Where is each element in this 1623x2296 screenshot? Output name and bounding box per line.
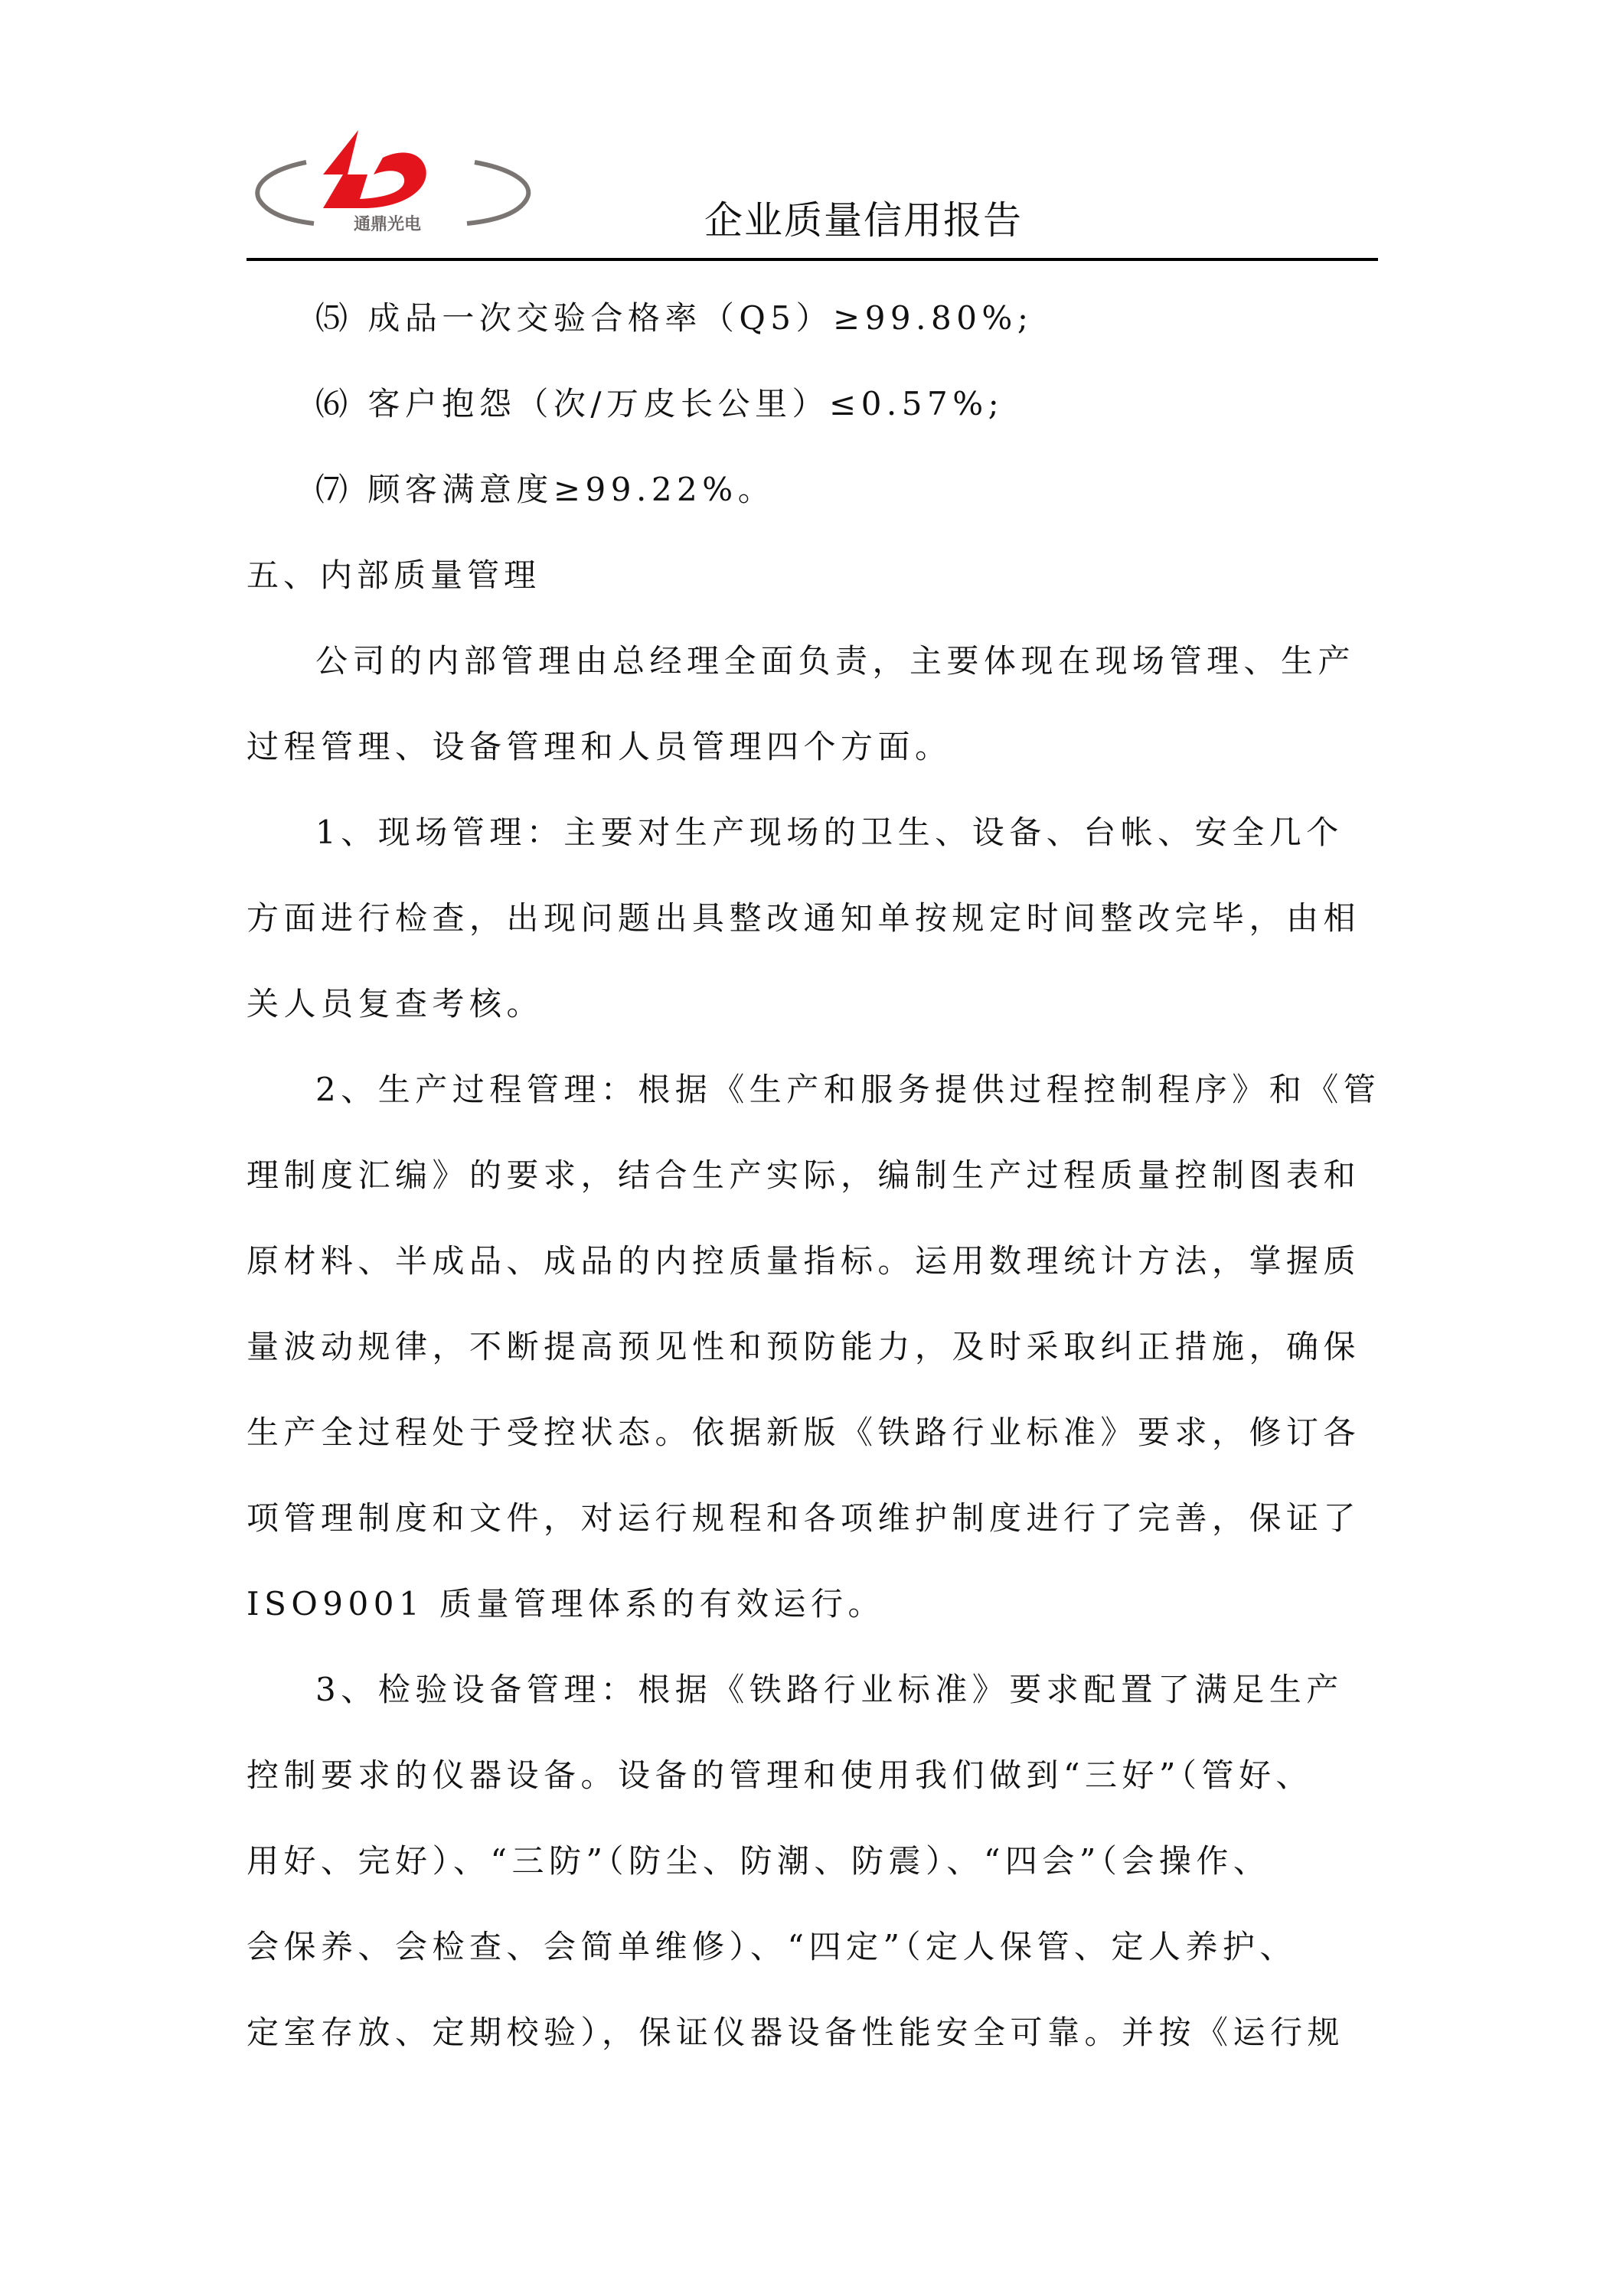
text-line: 原材料、半成品、成品的内控质量指标。运用数理统计方法，掌握质 [247, 1218, 1378, 1304]
paragraph-intro: 公司的内部管理由总经理全面负责，主要体现在现场管理、生产 过程管理、设备管理和人… [247, 618, 1378, 790]
text-line: 2、生产过程管理：根据《生产和服务提供过程控制程序》和《管 [247, 1047, 1378, 1133]
metric-item: ⑸ 成品一次交验合格率（Q5）≥99.80%; [247, 276, 1378, 361]
text-line: 量波动规律，不断提高预见性和预防能力，及时采取纠正措施，确保 [247, 1304, 1378, 1390]
company-logo: 通鼎光电 [253, 115, 536, 237]
logo-icon: 通鼎光电 [253, 115, 536, 237]
text-line: 项管理制度和文件，对运行规程和各项维护制度进行了完善，保证了 [247, 1476, 1378, 1561]
document-body: ⑸ 成品一次交验合格率（Q5）≥99.80%; ⑹ 客户抱怨（次/万皮长公里）≤… [247, 276, 1378, 2076]
text-line: 会保养、会检查、会简单维修）、“四定”（定人保管、定人养护、 [247, 1904, 1378, 1990]
paragraph-inspection-equipment: 3、检验设备管理：根据《铁路行业标准》要求配置了满足生产 控制要求的仪器设备。设… [247, 1647, 1378, 2076]
text-line: 关人员复查考核。 [247, 961, 1378, 1047]
text-line: 公司的内部管理由总经理全面负责，主要体现在现场管理、生产 [247, 618, 1378, 704]
text-line: 定室存放、定期校验），保证仪器设备性能安全可靠。并按《运行规 [247, 1990, 1378, 2076]
text-line: 过程管理、设备管理和人员管理四个方面。 [247, 704, 1378, 790]
metric-item: ⑺ 顾客满意度≥99.22%。 [247, 447, 1378, 533]
text-line: 用好、完好）、“三防”（防尘、防潮、防震）、“四会”（会操作、 [247, 1818, 1378, 1904]
header-divider [247, 258, 1378, 261]
text-line: 理制度汇编》的要求，结合生产实际，编制生产过程质量控制图表和 [247, 1133, 1378, 1218]
paragraph-production-process: 2、生产过程管理：根据《生产和服务提供过程控制程序》和《管 理制度汇编》的要求，… [247, 1047, 1378, 1647]
text-line: 1、现场管理：主要对生产现场的卫生、设备、台帐、安全几个 [247, 790, 1378, 876]
svg-text:通鼎光电: 通鼎光电 [354, 214, 421, 234]
section-heading: 五、内部质量管理 [247, 533, 1378, 618]
text-line: ISO9001 质量管理体系的有效运行。 [247, 1561, 1378, 1647]
metric-item: ⑹ 客户抱怨（次/万皮长公里）≤0.57%; [247, 361, 1378, 447]
paragraph-site-management: 1、现场管理：主要对生产现场的卫生、设备、台帐、安全几个 方面进行检查，出现问题… [247, 790, 1378, 1047]
text-line: 控制要求的仪器设备。设备的管理和使用我们做到“三好”（管好、 [247, 1733, 1378, 1818]
page-header: 通鼎光电 企业质量信用报告 [0, 0, 1623, 264]
report-title: 企业质量信用报告 [704, 197, 1023, 243]
text-line: 生产全过程处于受控状态。依据新版《铁路行业标准》要求，修订各 [247, 1390, 1378, 1476]
text-line: 3、检验设备管理：根据《铁路行业标准》要求配置了满足生产 [247, 1647, 1378, 1733]
text-line: 方面进行检查，出现问题出具整改通知单按规定时间整改完毕，由相 [247, 876, 1378, 961]
